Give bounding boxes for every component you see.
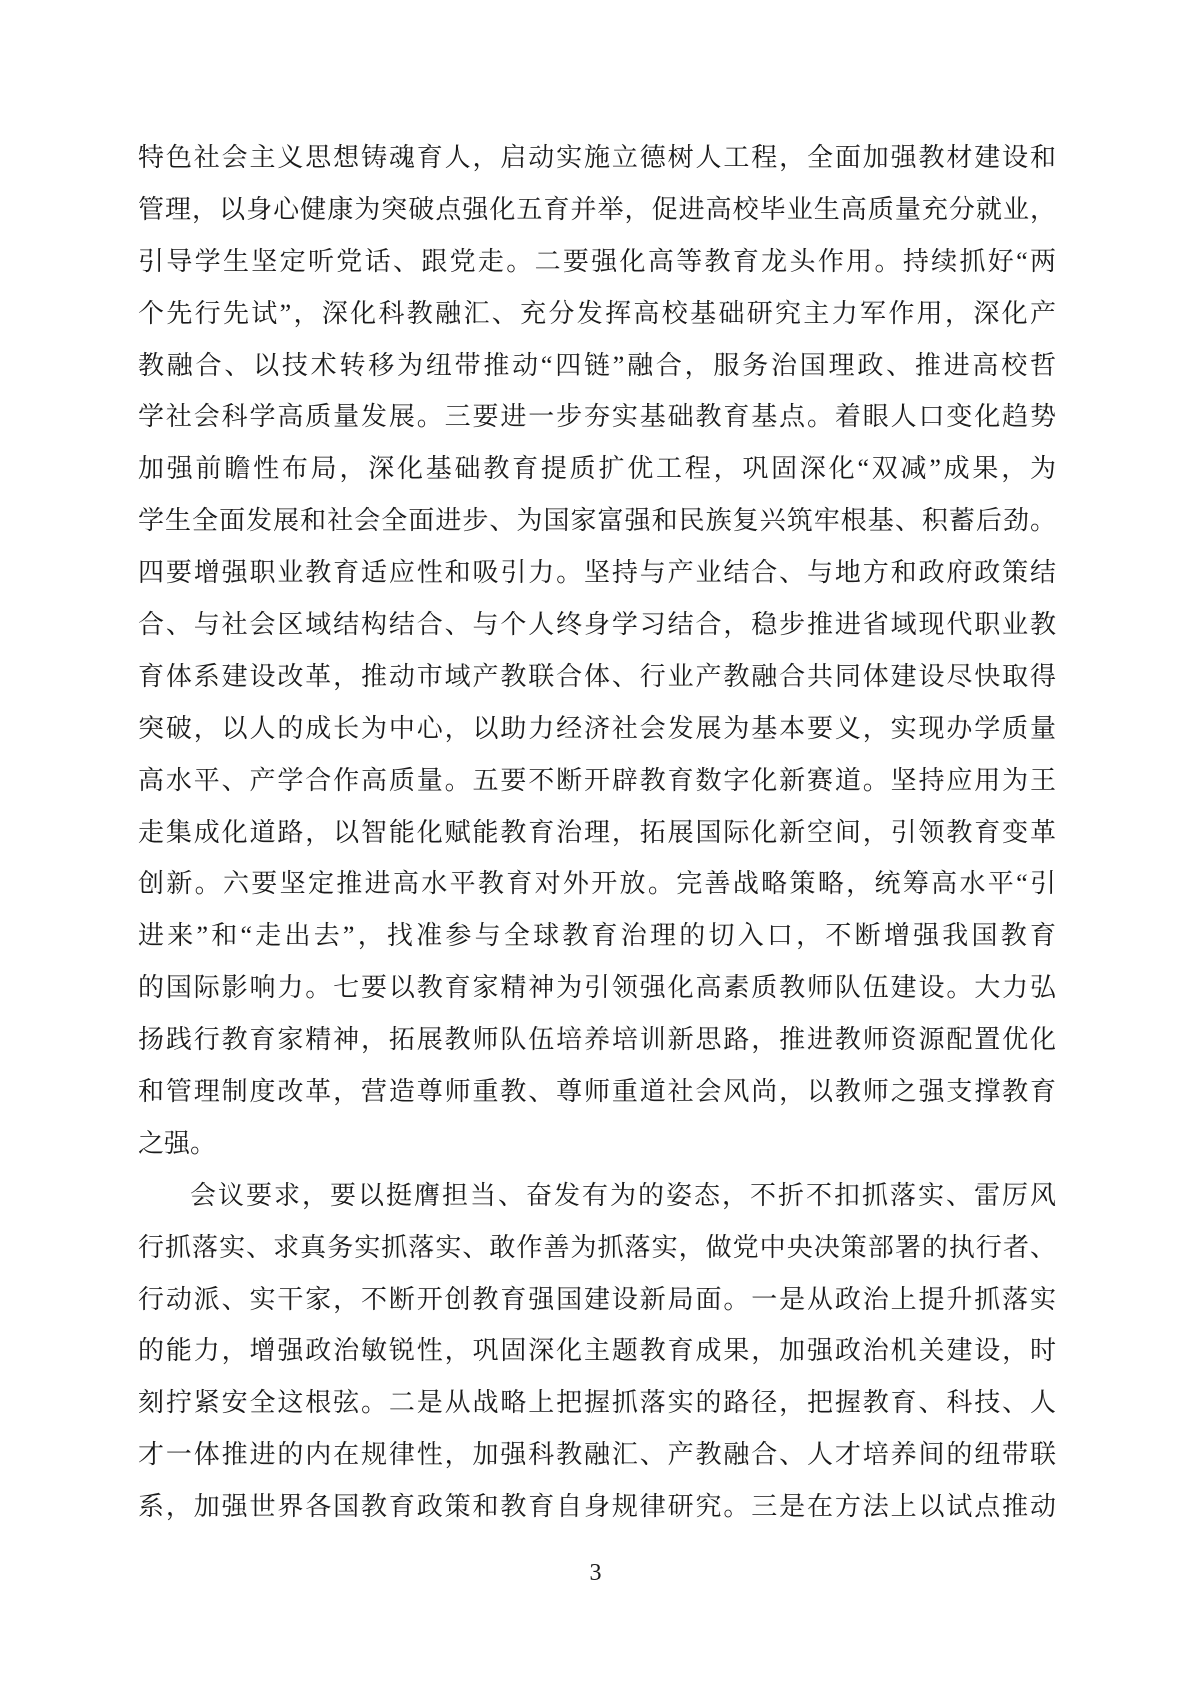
text-line: 创新。六要坚定推进高水平教育对外开放。完善战略策略，统筹高水平“引 <box>138 858 1056 910</box>
text-line: 育体系建设改革，推动市域产教联合体、行业产教融合共同体建设尽快取得 <box>138 651 1056 703</box>
text-line-paragraph-start: 会议要求，要以挺膺担当、奋发有为的姿态，不折不扣抓落实、雷厉风 <box>138 1170 1056 1222</box>
text-line: 合、与社会区域结构结合、与个人终身学习结合，稳步推进省域现代职业教 <box>138 599 1056 651</box>
text-line: 特色社会主义思想铸魂育人，启动实施立德树人工程，全面加强教材建设和 <box>138 132 1056 184</box>
text-line: 进来”和“走出去”，找准参与全球教育治理的切入口，不断增强我国教育 <box>138 910 1056 962</box>
text-line: 的能力，增强政治敏锐性，巩固深化主题教育成果，加强政治机关建设，时 <box>138 1325 1056 1377</box>
page-number: 3 <box>0 1556 1191 1590</box>
text-line: 学生全面发展和社会全面进步、为国家富强和民族复兴筑牢根基、积蓄后劲。 <box>138 495 1056 547</box>
text-line: 管理，以身心健康为突破点强化五育并举，促进高校毕业生高质量充分就业， <box>138 184 1056 236</box>
text-line: 刻拧紧安全这根弦。二是从战略上把握抓落实的路径，把握教育、科技、人 <box>138 1377 1056 1429</box>
document-page: 特色社会主义思想铸魂育人，启动实施立德树人工程，全面加强教材建设和 管理，以身心… <box>0 0 1191 1684</box>
text-line-paragraph-end: 之强。 <box>138 1118 1056 1170</box>
text-line: 个先行先试”，深化科教融汇、充分发挥高校基础研究主力军作用，深化产 <box>138 288 1056 340</box>
document-body: 特色社会主义思想铸魂育人，启动实施立德树人工程，全面加强教材建设和 管理，以身心… <box>138 132 1056 1533</box>
text-line: 走集成化道路，以智能化赋能教育治理，拓展国际化新空间，引领教育变革 <box>138 807 1056 859</box>
text-line: 教融合、以技术转移为纽带推动“四链”融合，服务治国理政、推进高校哲 <box>138 340 1056 392</box>
text-line: 才一体推进的内在规律性，加强科教融汇、产教融合、人才培养间的纽带联 <box>138 1429 1056 1481</box>
text-line: 引导学生坚定听党话、跟党走。二要强化高等教育龙头作用。持续抓好“两 <box>138 236 1056 288</box>
text-line: 和管理制度改革，营造尊师重教、尊师重道社会风尚，以教师之强支撑教育 <box>138 1066 1056 1118</box>
text-line: 突破，以人的成长为中心，以助力经济社会发展为基本要义，实现办学质量 <box>138 703 1056 755</box>
text-line: 学社会科学高质量发展。三要进一步夯实基础教育基点。着眼人口变化趋势 <box>138 391 1056 443</box>
text-line: 扬践行教育家精神，拓展教师队伍培养培训新思路，推进教师资源配置优化 <box>138 1014 1056 1066</box>
text-line: 系，加强世界各国教育政策和教育自身规律研究。三是在方法上以试点推动 <box>138 1481 1056 1533</box>
text-line: 高水平、产学合作高质量。五要不断开辟教育数字化新赛道。坚持应用为王 <box>138 755 1056 807</box>
text-line: 行抓落实、求真务实抓落实、敢作善为抓落实，做党中央决策部署的执行者、 <box>138 1222 1056 1274</box>
text-line: 四要增强职业教育适应性和吸引力。坚持与产业结合、与地方和政府政策结 <box>138 547 1056 599</box>
text-line: 行动派、实干家，不断开创教育强国建设新局面。一是从政治上提升抓落实 <box>138 1274 1056 1326</box>
text-line: 加强前瞻性布局，深化基础教育提质扩优工程，巩固深化“双减”成果，为 <box>138 443 1056 495</box>
text-line: 的国际影响力。七要以教育家精神为引领强化高素质教师队伍建设。大力弘 <box>138 962 1056 1014</box>
